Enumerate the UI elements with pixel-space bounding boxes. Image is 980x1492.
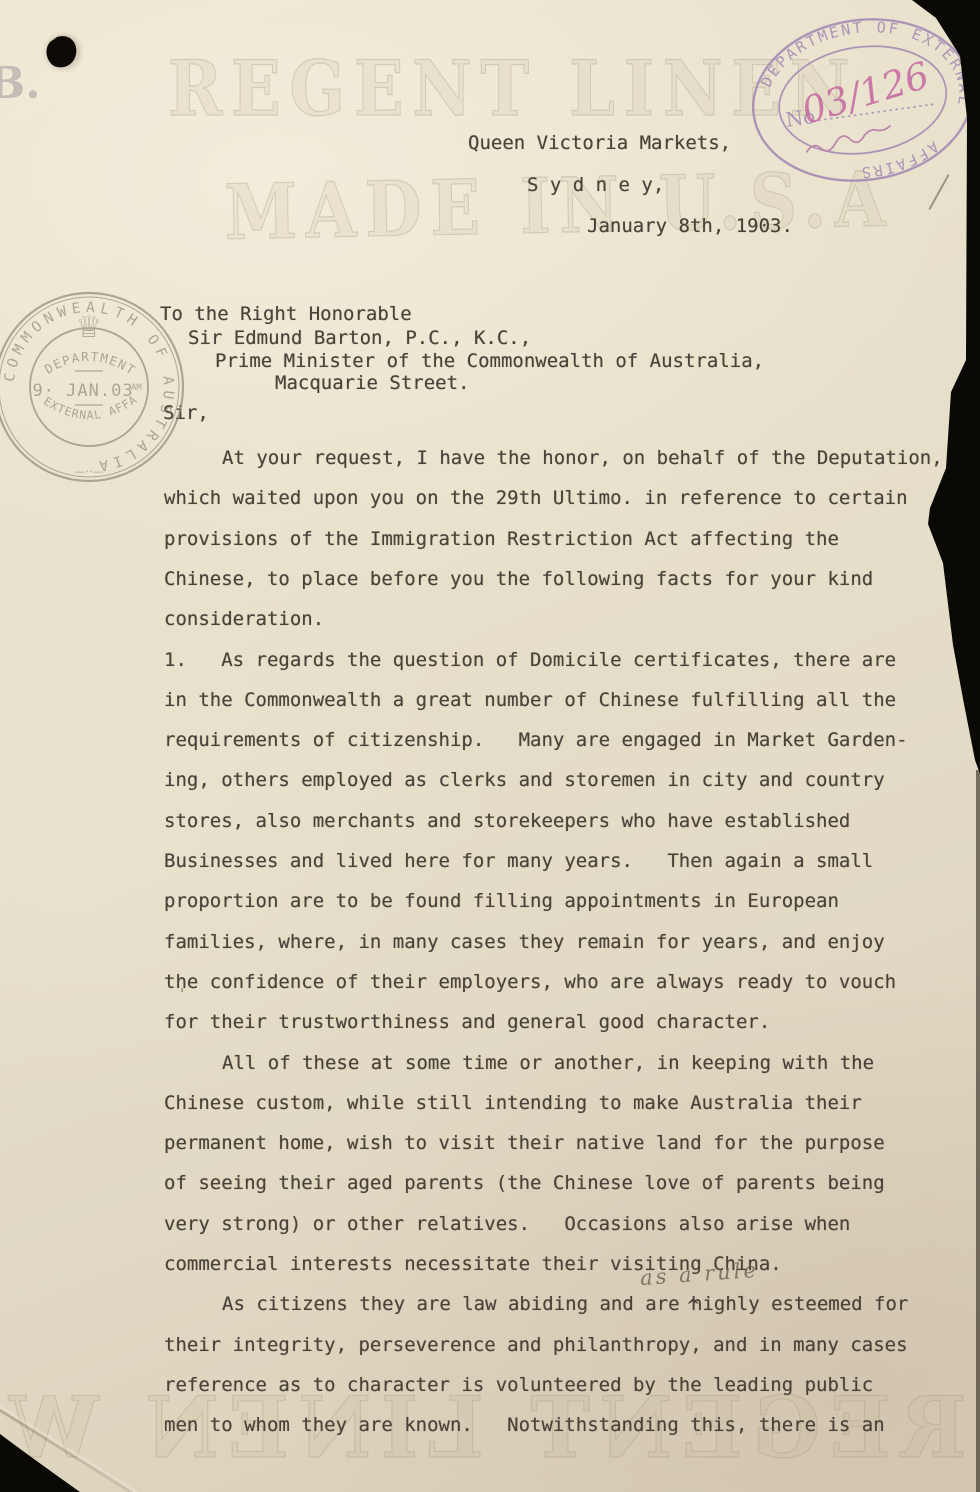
letter-line: very strong) or other relatives. Occasio… [164,1212,850,1236]
letter-line: provisions of the Immigration Restrictio… [164,527,839,551]
letter-line: of seeing their aged parents (the Chines… [164,1171,885,1195]
letter-line: families, where, in many cases they rema… [164,930,885,954]
letter-line: As citizens they are law abiding and are… [222,1292,908,1316]
letter-line: men to whom they are known. Notwithstand… [164,1413,885,1437]
letter-line: Chinese, to place before you the followi… [164,567,873,591]
scanned-letter-page: REGENT LINEN MADE IN U.S.A REGENT LINEN … [0,0,980,1492]
letter-line: Chinese custom, while still intending to… [164,1091,862,1115]
letter-line: ing, others employed as clerks and store… [164,768,885,792]
letter-line: for their trustworthiness and general go… [164,1010,770,1034]
stamp-date-suffix: AM [131,383,142,393]
letter-line: consideration. [164,607,324,631]
svg-text:DEPARTMENT: DEPARTMENT [42,349,139,378]
letter-line: 1. As regards the question of Domicile c… [164,648,896,672]
received-date-stamp: COMMONWEALTH OF AUSTRALIA ♕ DEPARTMENT 9… [0,281,195,493]
recipient-line-4: Macquarie Street. [275,371,469,395]
letter-line: stores, also merchants and storekeepers … [164,809,850,833]
letterhead-city: S y d n e y, [527,173,664,197]
stamp-inner-top: DEPARTMENT [42,349,139,378]
letter-line: reference as to character is volunteered… [164,1373,873,1397]
recipient-line-3: Prime Minister of the Commonwealth of Au… [215,349,764,373]
letter-line: proportion are to be found filling appoi… [164,889,839,913]
edge-mark-fragment: B. [0,58,41,109]
letterhead-date: January 8th, 1903. [587,214,793,238]
stamp-file-number: 03/126 [797,54,934,133]
crown-icon: ♕ [76,310,103,345]
letter-line: Businesses and lived here for many years… [164,849,873,873]
letter-line: At your request, I have the honor, on be… [222,446,943,470]
recipient-line-1: To the Right Honorable [160,302,412,326]
letter-line: which waited upon you on the 29th Ultimo… [164,486,908,510]
letter-line: in the Commonwealth a great number of Ch… [164,688,896,712]
letter-line: All of these at some time or another, in… [222,1051,874,1075]
letter-line: the confidence of their employers, who a… [164,970,896,994]
recipient-line-2: Sir Edmund Barton, P.C., K.C., [188,326,531,350]
letter-line: requirements of citizenship. Many are en… [164,728,908,752]
letter-line: their integrity, perseverence and philan… [164,1333,908,1357]
insertion-caret: ^ [686,1296,700,1316]
stamp-ornament: —··— [75,465,104,478]
letter-line: permanent home, wish to visit their nati… [164,1131,885,1155]
stray-tick-mark: ' [180,985,184,1003]
letterhead-place: Queen Victoria Markets, [468,131,731,155]
